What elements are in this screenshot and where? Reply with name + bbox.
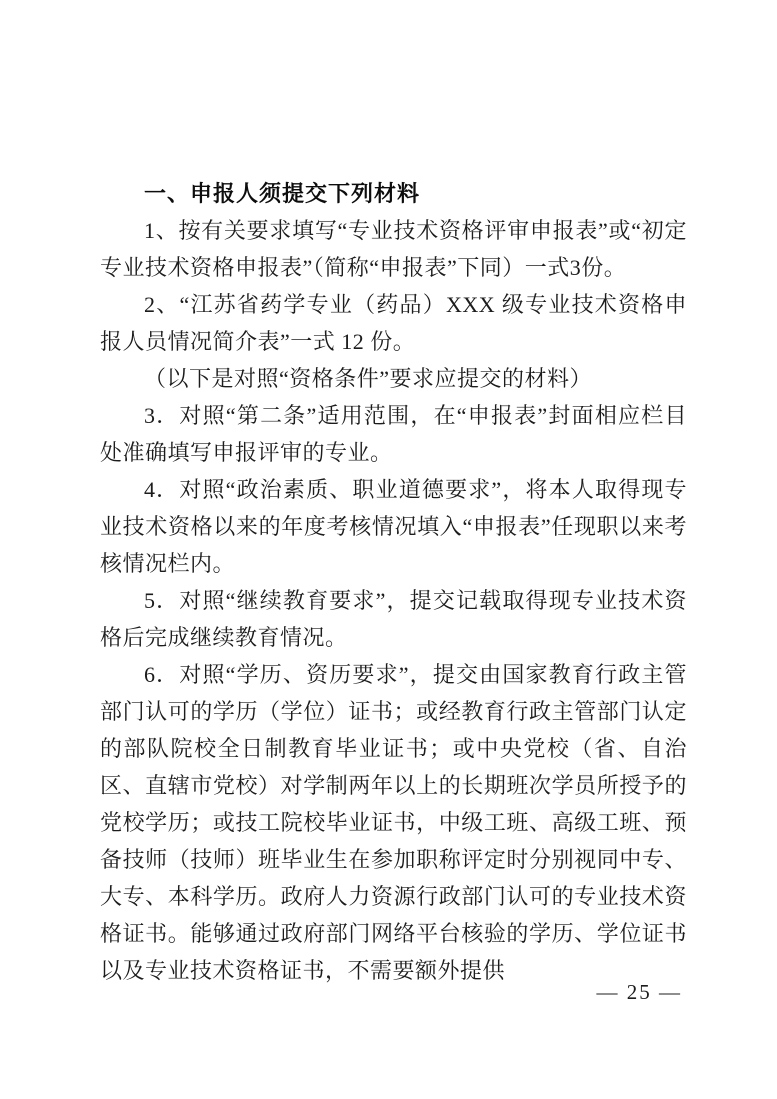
body-paragraph-note: （以下是对照“资格条件”要求应提交的材料） bbox=[100, 360, 687, 397]
document-body: 一、申报人须提交下列材料 1、按有关要求填写“专业技术资格评审申报表”或“初定专… bbox=[100, 175, 687, 989]
body-paragraph-2: 2、“江苏省药学专业（药品）XXX 级专业技术资格申报人员情况简介表”一式 12… bbox=[100, 286, 687, 360]
section-heading: 一、申报人须提交下列材料 bbox=[100, 175, 687, 212]
body-paragraph-6: 6．对照“学历、资历要求”，提交由国家教育行政主管部门认可的学历（学位）证书；或… bbox=[100, 656, 687, 989]
page-number: — 25 — bbox=[597, 980, 683, 1004]
body-paragraph-5: 5．对照“继续教育要求”，提交记载取得现专业技术资格后完成继续教育情况。 bbox=[100, 582, 687, 656]
body-paragraph-4: 4．对照“政治素质、职业道德要求”，将本人取得现专业技术资格以来的年度考核情况填… bbox=[100, 471, 687, 582]
body-paragraph-1: 1、按有关要求填写“专业技术资格评审申报表”或“初定专业技术资格申报表”（简称“… bbox=[100, 212, 687, 286]
body-paragraph-3: 3．对照“第二条”适用范围，在“申报表”封面相应栏目处准确填写申报评审的专业。 bbox=[100, 397, 687, 471]
document-page: 一、申报人须提交下列材料 1、按有关要求填写“专业技术资格评审申报表”或“初定专… bbox=[0, 0, 777, 1099]
